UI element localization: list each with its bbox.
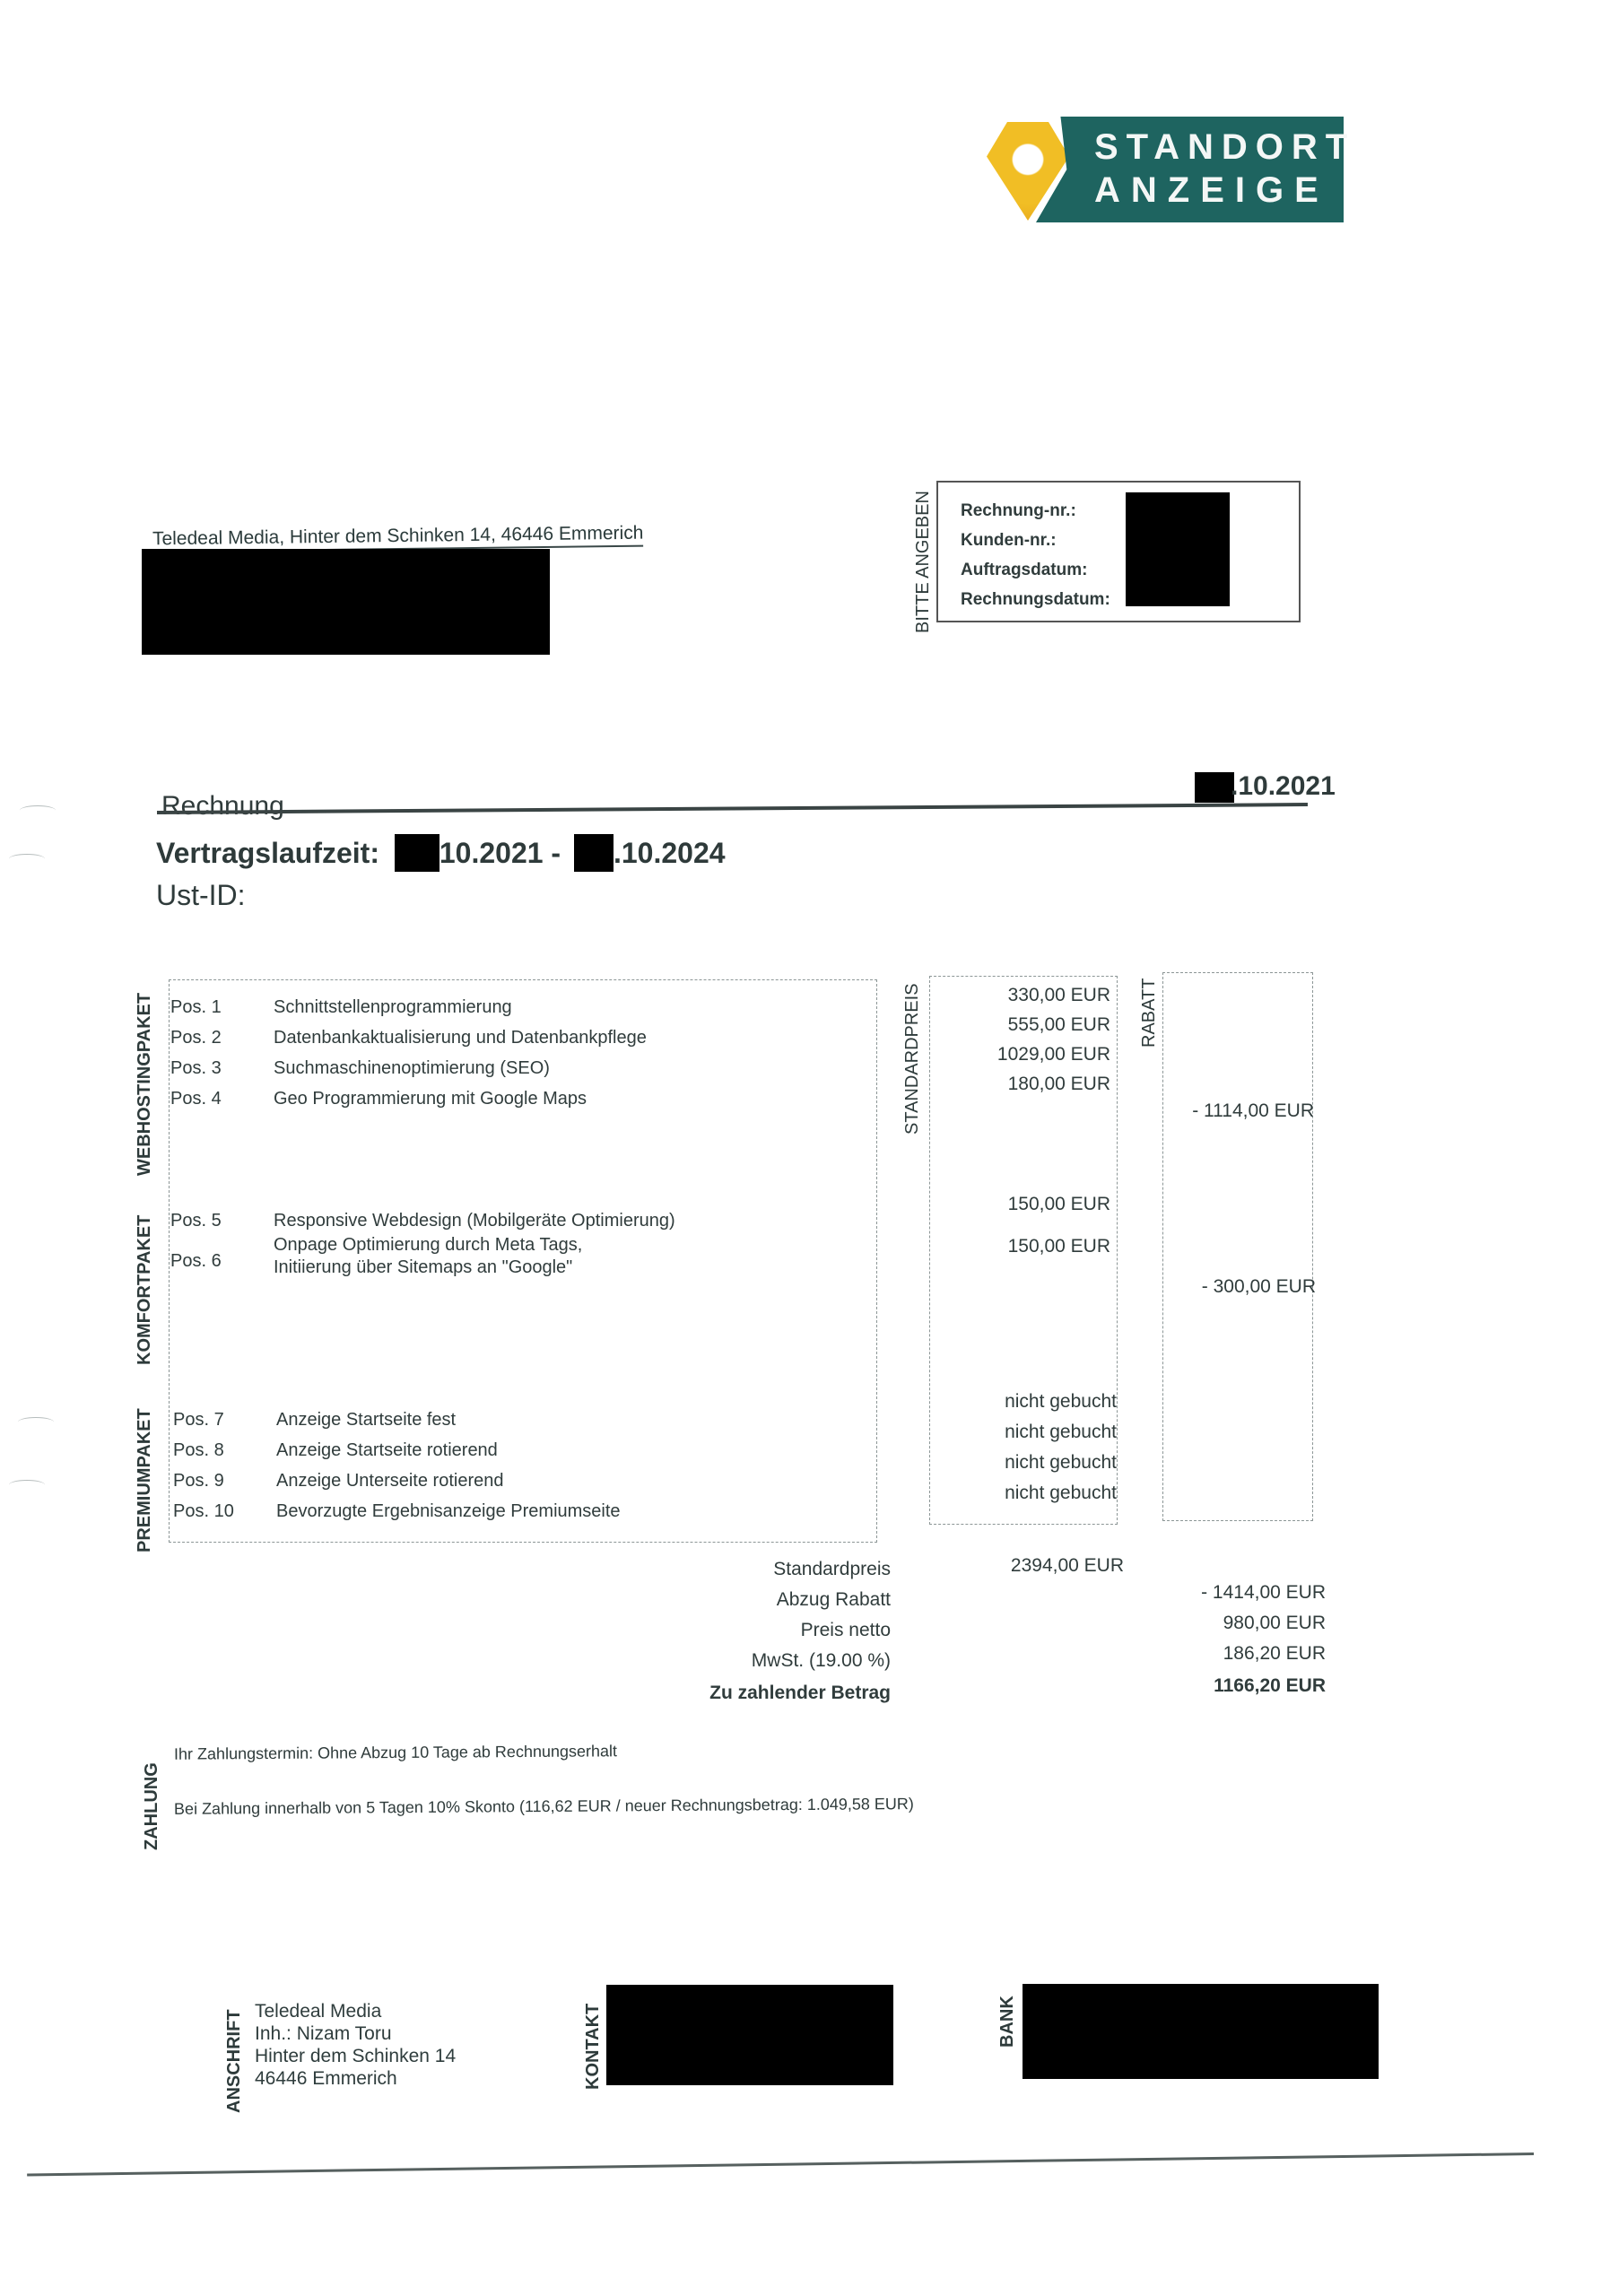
heading-rule (157, 803, 1308, 814)
contract-end: .10.2024 (614, 837, 726, 870)
price-pos-5: 150,00 EUR (1008, 1194, 1110, 1215)
contract-period-label: Vertragslaufzeit: (156, 837, 379, 870)
position-description: Suchmaschinenoptimierung (SEO) (274, 1058, 550, 1078)
rabatt-webhosting: - 1114,00 EUR (1192, 1100, 1314, 1122)
order-date-label: Auftragsdatum: (961, 555, 1110, 585)
logo-line-1: STANDORT (1094, 126, 1355, 169)
address-line: Teledeal Media (255, 2000, 456, 2022)
standardpreis-total-value: 2394,00 EUR (927, 1555, 1124, 1577)
invoice-number-label: Rechnung-nr.: (961, 496, 1110, 526)
mwst-value: 186,20 EUR (1128, 1643, 1326, 1665)
invoice-date-text: .10.2021 (1231, 771, 1336, 801)
price-pos-2: 555,00 EUR (1008, 1014, 1110, 1036)
anschrift-label: ANSCHRIFT (224, 1998, 245, 2113)
table-row: Pos. 6 (170, 1251, 274, 1272)
address-line: Hinter dem Schinken 14 (255, 2045, 456, 2067)
table-row: Pos. 8Anzeige Startseite rotierend (173, 1440, 498, 1461)
table-row: Pos. 9Anzeige Unterseite rotierend (173, 1471, 503, 1492)
table-row: Pos. 3Suchmaschinenoptimierung (SEO) (170, 1058, 550, 1079)
position-number: Pos. 4 (170, 1089, 274, 1109)
price-pos-4: 180,00 EUR (1008, 1074, 1110, 1095)
standardpreis-column-header: STANDARDPREIS (902, 978, 923, 1135)
price-pos-7: nicht gebucht (1005, 1391, 1117, 1413)
position-number: Pos. 2 (170, 1028, 274, 1048)
invoice-info-labels: Rechnung-nr.: Kunden-nr.: Auftragsdatum:… (961, 496, 1110, 614)
table-row: Pos. 10Bevorzugte Ergebnisanzeige Premiu… (173, 1501, 621, 1522)
position-number: Pos. 6 (170, 1251, 274, 1272)
document-title: Rechnung (161, 791, 284, 822)
address-line: 46446 Emmerich (255, 2067, 456, 2090)
position-description-multiline: Onpage Optimierung durch Meta Tags, Init… (274, 1234, 582, 1279)
table-row: Pos. 4Geo Programmierung mit Google Maps (170, 1089, 587, 1109)
position-description: Schnittstellenprogrammierung (274, 997, 512, 1017)
redacted-contact (606, 1985, 893, 2085)
invoice-date-label: Rechnungsdatum: (961, 585, 1110, 614)
rabatt-column-header: RABATT (1139, 974, 1160, 1048)
position-description: Anzeige Unterseite rotierend (276, 1471, 503, 1491)
price-pos-3: 1029,00 EUR (997, 1044, 1110, 1065)
redacted-recipient-address (142, 549, 550, 655)
bank-label: BANK (997, 1989, 1018, 2048)
total-due-label: Zu zahlender Betrag (622, 1683, 891, 1704)
logo-line-2: ANZEIGE (1094, 169, 1355, 212)
mwst-label: MwSt. (19.00 %) (622, 1650, 891, 1672)
position-description: Anzeige Startseite rotierend (276, 1440, 498, 1460)
table-row: Pos. 5Responsive Webdesign (Mobilgeräte … (170, 1211, 675, 1231)
price-pos-6: 150,00 EUR (1008, 1236, 1110, 1257)
position-description: Bevorzugte Ergebnisanzeige Premiumseite (276, 1501, 621, 1521)
position-number: Pos. 7 (173, 1410, 276, 1431)
customer-number-label: Kunden-nr.: (961, 526, 1110, 555)
price-pos-1: 330,00 EUR (1008, 985, 1110, 1006)
position-description: Datenbankaktualisierung und Datenbankpfl… (274, 1028, 647, 1048)
scan-artifact (20, 805, 56, 815)
position-number: Pos. 1 (170, 997, 274, 1018)
address-line: Inh.: Nizam Toru (255, 2022, 456, 2045)
price-pos-8: nicht gebucht (1005, 1422, 1117, 1443)
total-due-value: 1166,20 EUR (1128, 1675, 1326, 1697)
position-number: Pos. 10 (173, 1501, 276, 1522)
position-description: Onpage Optimierung durch Meta Tags, (274, 1234, 582, 1257)
scan-artifact (9, 1480, 45, 1490)
position-description: Responsive Webdesign (Mobilgeräte Optimi… (274, 1211, 675, 1231)
price-pos-9: nicht gebucht (1005, 1452, 1117, 1474)
rabatt-column-box (1162, 972, 1313, 1521)
abzug-rabatt-label: Abzug Rabatt (622, 1589, 891, 1611)
company-address: Teledeal Media Inh.: Nizam Toru Hinter d… (255, 2000, 456, 2090)
company-logo: STANDORT ANZEIGE (987, 115, 1344, 224)
payment-terms: Ihr Zahlungstermin: Ohne Abzug 10 Tage a… (174, 1742, 617, 1763)
logo-text: STANDORT ANZEIGE (1094, 126, 1355, 212)
position-description-line-2: Initiierung über Sitemaps an "Google" (274, 1257, 582, 1279)
preis-netto-label: Preis netto (622, 1620, 891, 1641)
package-label-premium: PREMIUMPAKET (135, 1405, 155, 1552)
payment-side-label: ZAHLUNG (142, 1753, 162, 1850)
redacted-start-day (395, 834, 439, 872)
kontakt-label: KONTAKT (583, 1996, 604, 2090)
table-row: Pos. 2Datenbankaktualisierung und Datenb… (170, 1028, 647, 1048)
position-description: Geo Programmierung mit Google Maps (274, 1089, 587, 1109)
table-row: Pos. 7Anzeige Startseite fest (173, 1410, 456, 1431)
redacted-day (1195, 772, 1234, 803)
position-number: Pos. 5 (170, 1211, 274, 1231)
contract-period: Vertragslaufzeit: 10.2021 - .10.2024 (156, 834, 726, 872)
ustid-label: Ust-ID: (156, 879, 246, 912)
position-number: Pos. 3 (170, 1058, 274, 1079)
package-label-webhosting: WEBHOSTINGPAKET (135, 992, 155, 1176)
footer-rule (27, 2152, 1534, 2176)
redacted-invoice-info (1126, 492, 1230, 606)
table-row: Pos. 1Schnittstellenprogrammierung (170, 997, 512, 1018)
info-box-side-label: BITTE ANGEBEN (913, 481, 934, 633)
invoice-date: .10.2021 (1195, 771, 1336, 803)
rabatt-komfort: - 300,00 EUR (1202, 1276, 1316, 1298)
abzug-rabatt-value: - 1414,00 EUR (1128, 1582, 1326, 1604)
position-description: Anzeige Startseite fest (276, 1410, 456, 1430)
redacted-bank-details (1023, 1984, 1379, 2079)
scan-artifact (18, 1417, 54, 1427)
position-number: Pos. 8 (173, 1440, 276, 1461)
preis-netto-value: 980,00 EUR (1128, 1613, 1326, 1634)
discount-terms: Bei Zahlung innerhalb von 5 Tagen 10% Sk… (174, 1795, 914, 1819)
standardpreis-total-label: Standardpreis (622, 1559, 891, 1580)
scan-artifact (9, 854, 45, 864)
price-pos-10: nicht gebucht (1005, 1483, 1117, 1504)
position-number: Pos. 9 (173, 1471, 276, 1492)
redacted-end-day (574, 834, 614, 872)
contract-start: 10.2021 - (439, 837, 561, 870)
package-label-komfort: KOMFORTPAKET (135, 1211, 155, 1365)
